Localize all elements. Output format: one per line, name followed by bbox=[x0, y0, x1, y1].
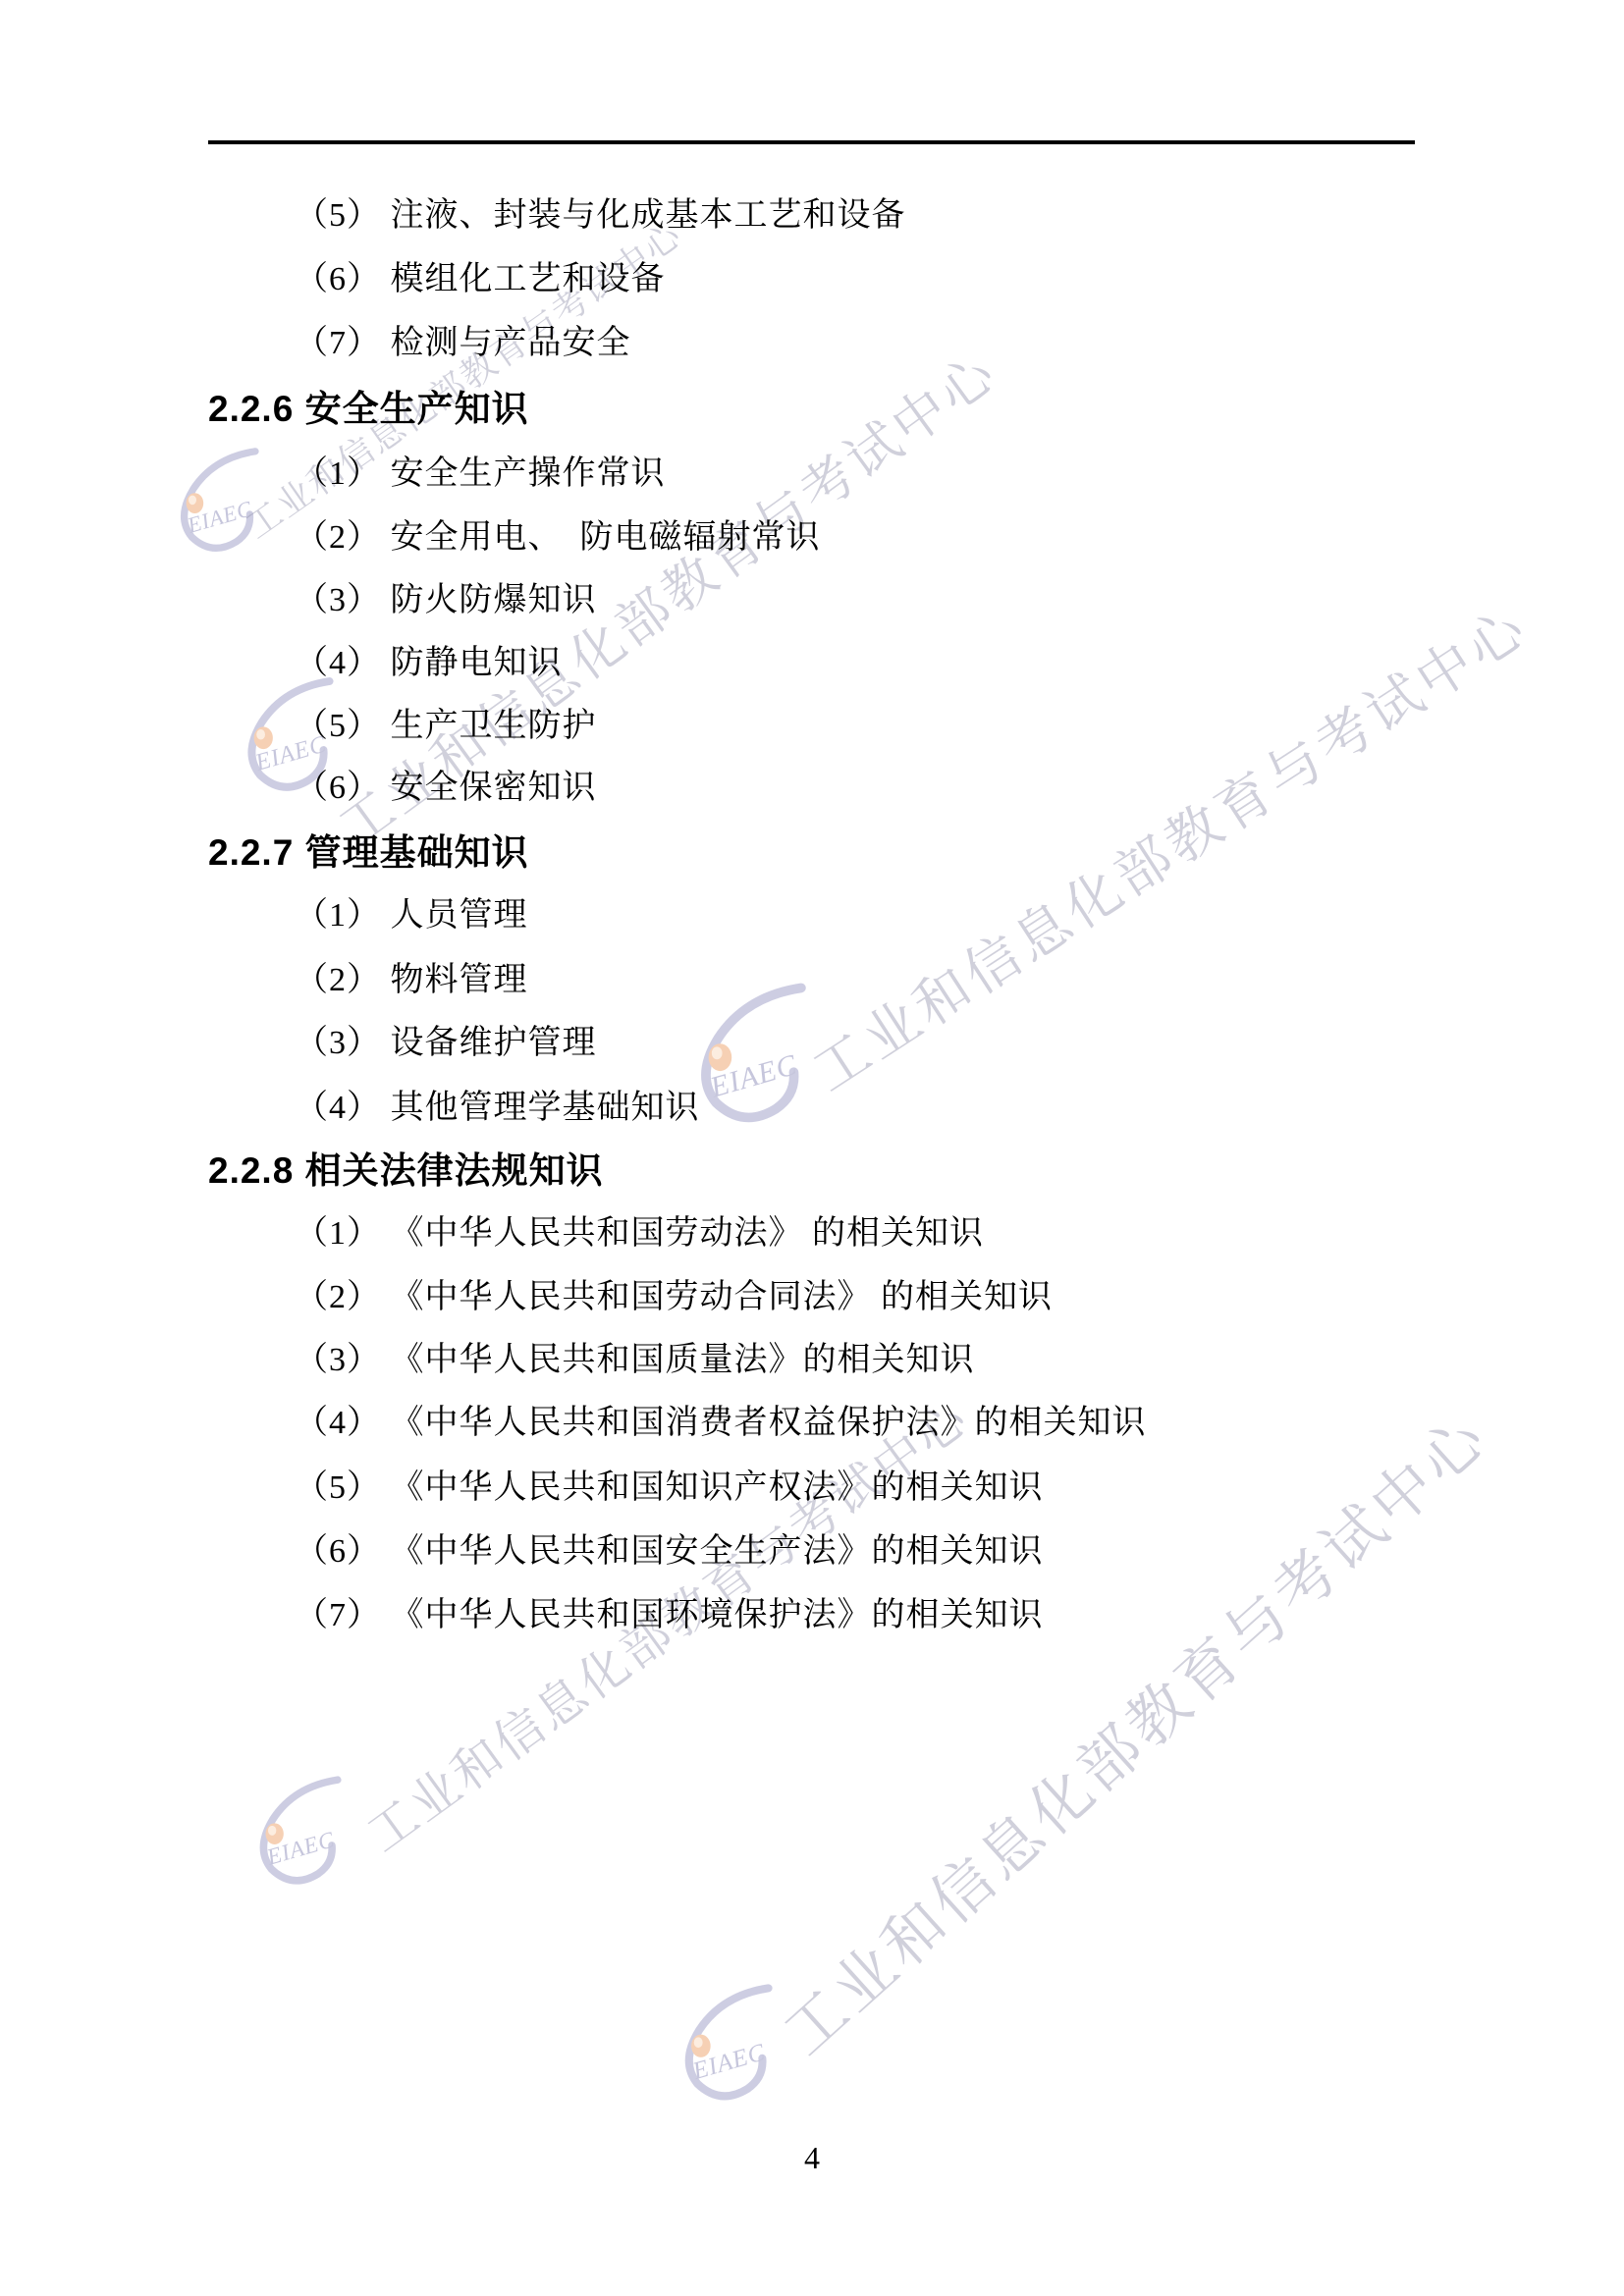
list-item: （5） 《中华人民共和国知识产权法》的相关知识 bbox=[295, 1465, 1044, 1512]
list-item: （1） 《中华人民共和国劳动法》 的相关知识 bbox=[295, 1210, 984, 1257]
list-item: （1） 人员管理 bbox=[295, 892, 528, 939]
list-item: （2） 物料管理 bbox=[295, 957, 528, 1004]
list-item: （3） 《中华人民共和国质量法》的相关知识 bbox=[295, 1337, 975, 1384]
list-item: （5） 注液、封装与化成基本工艺和设备 bbox=[295, 192, 906, 240]
document-page: EIAEC 工业和信息化部教育与考试中心 EIAEC 工业和信息化部教育与考试中… bbox=[0, 0, 1624, 2296]
list-item: （3） 设备维护管理 bbox=[295, 1020, 597, 1067]
list-item: （1） 安全生产操作常识 bbox=[295, 451, 666, 498]
list-item: （6） 模组化工艺和设备 bbox=[295, 256, 666, 303]
list-item: （4） 防静电知识 bbox=[295, 640, 563, 687]
document-content: （5） 注液、封装与化成基本工艺和设备 （6） 模组化工艺和设备 （7） 检测与… bbox=[0, 0, 1624, 2296]
section-heading: 2.2.8 相关法律法规知识 bbox=[208, 1148, 604, 1195]
list-item: （4） 其他管理学基础知识 bbox=[295, 1085, 700, 1132]
list-item: （4） 《中华人民共和国消费者权益保护法》的相关知识 bbox=[295, 1400, 1147, 1447]
list-item: （2） 《中华人民共和国劳动合同法》 的相关知识 bbox=[295, 1274, 1053, 1321]
list-item: （6） 安全保密知识 bbox=[295, 765, 597, 812]
list-item: （7） 检测与产品安全 bbox=[295, 320, 631, 367]
list-item: （3） 防火防爆知识 bbox=[295, 577, 597, 624]
section-heading: 2.2.7 管理基础知识 bbox=[208, 829, 529, 877]
list-item: （7） 《中华人民共和国环境保护法》的相关知识 bbox=[295, 1592, 1044, 1639]
list-item: （6） 《中华人民共和国安全生产法》的相关知识 bbox=[295, 1528, 1044, 1575]
page-number: 4 bbox=[0, 2140, 1624, 2176]
list-item: （2） 安全用电、 防电磁辐射常识 bbox=[295, 514, 821, 561]
list-item: （5） 生产卫生防护 bbox=[295, 703, 597, 750]
section-heading: 2.2.6 安全生产知识 bbox=[208, 386, 529, 433]
